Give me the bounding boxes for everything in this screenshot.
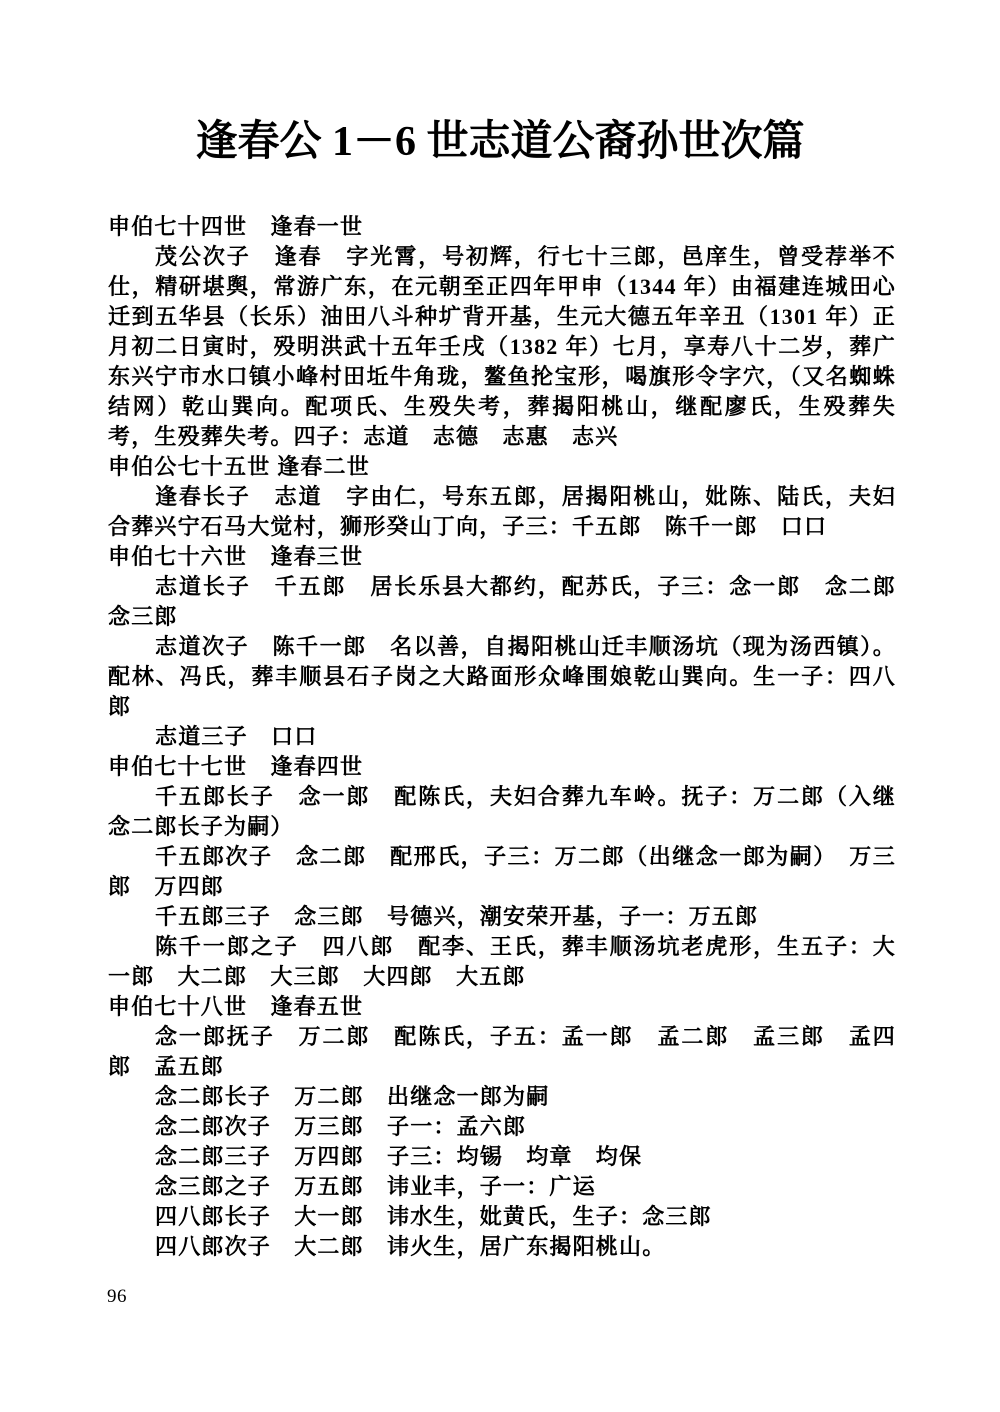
genealogy-paragraph: 逢春长子 志道 字由仁，号东五郎，居揭阳桃山，妣陈、陆氏，夫妇合葬兴宁石马大觉村… bbox=[108, 482, 896, 542]
generation-heading: 申伯七十七世 逢春四世 bbox=[108, 752, 896, 782]
genealogy-paragraph: 千五郎三子 念三郎 号德兴，潮安荣开基，子一：万五郎 bbox=[108, 902, 896, 932]
genealogy-paragraph: 念二郎三子 万四郎 子三：均锡 均章 均保 bbox=[108, 1142, 896, 1172]
genealogy-paragraph: 念二郎次子 万三郎 子一：孟六郎 bbox=[108, 1112, 896, 1142]
genealogy-paragraph: 四八郎次子 大二郎 讳火生，居广东揭阳桃山。 bbox=[108, 1232, 896, 1262]
genealogy-paragraph: 志道次子 陈千一郎 名以善，自揭阳桃山迁丰顺汤坑（现为汤西镇）。配林、冯氏，葬丰… bbox=[108, 632, 896, 722]
genealogy-paragraph: 陈千一郎之子 四八郎 配李、王氏，葬丰顺汤坑老虎形，生五子：大一郎 大二郎 大三… bbox=[108, 932, 896, 992]
document-body: 申伯七十四世 逢春一世茂公次子 逢春 字光霄，号初辉，行七十三郎，邑庠生，曾受荐… bbox=[108, 212, 896, 1262]
page-number: 96 bbox=[107, 1284, 127, 1310]
generation-heading: 申伯公七十五世 逢春二世 bbox=[108, 452, 896, 482]
document-page: 逢春公 1－6 世志道公裔孙世次篇 申伯七十四世 逢春一世茂公次子 逢春 字光霄… bbox=[0, 0, 1000, 1412]
genealogy-paragraph: 念一郎抚子 万二郎 配陈氏，子五：孟一郎 孟二郎 孟三郎 孟四郎 孟五郎 bbox=[108, 1022, 896, 1082]
genealogy-paragraph: 千五郎长子 念一郎 配陈氏，夫妇合葬九车岭。抚子：万二郎（入继念二郎长子为嗣） bbox=[108, 782, 896, 842]
generation-heading: 申伯七十六世 逢春三世 bbox=[108, 542, 896, 572]
genealogy-paragraph: 四八郎长子 大一郎 讳水生，妣黄氏，生子：念三郎 bbox=[108, 1202, 896, 1232]
genealogy-paragraph: 念二郎长子 万二郎 出继念一郎为嗣 bbox=[108, 1082, 896, 1112]
genealogy-paragraph: 念三郎之子 万五郎 讳业丰，子一：广运 bbox=[108, 1172, 896, 1202]
page-title: 逢春公 1－6 世志道公裔孙世次篇 bbox=[0, 114, 1000, 170]
generation-heading: 申伯七十八世 逢春五世 bbox=[108, 992, 896, 1022]
genealogy-paragraph: 茂公次子 逢春 字光霄，号初辉，行七十三郎，邑庠生，曾受荐举不仕，精研堪舆，常游… bbox=[108, 242, 896, 452]
genealogy-paragraph: 千五郎次子 念二郎 配邢氏，子三：万二郎（出继念一郎为嗣） 万三郎 万四郎 bbox=[108, 842, 896, 902]
genealogy-paragraph: 志道长子 千五郎 居长乐县大都约，配苏氏，子三：念一郎 念二郎 念三郎 bbox=[108, 572, 896, 632]
genealogy-paragraph: 志道三子 口口 bbox=[108, 722, 896, 752]
generation-heading: 申伯七十四世 逢春一世 bbox=[108, 212, 896, 242]
